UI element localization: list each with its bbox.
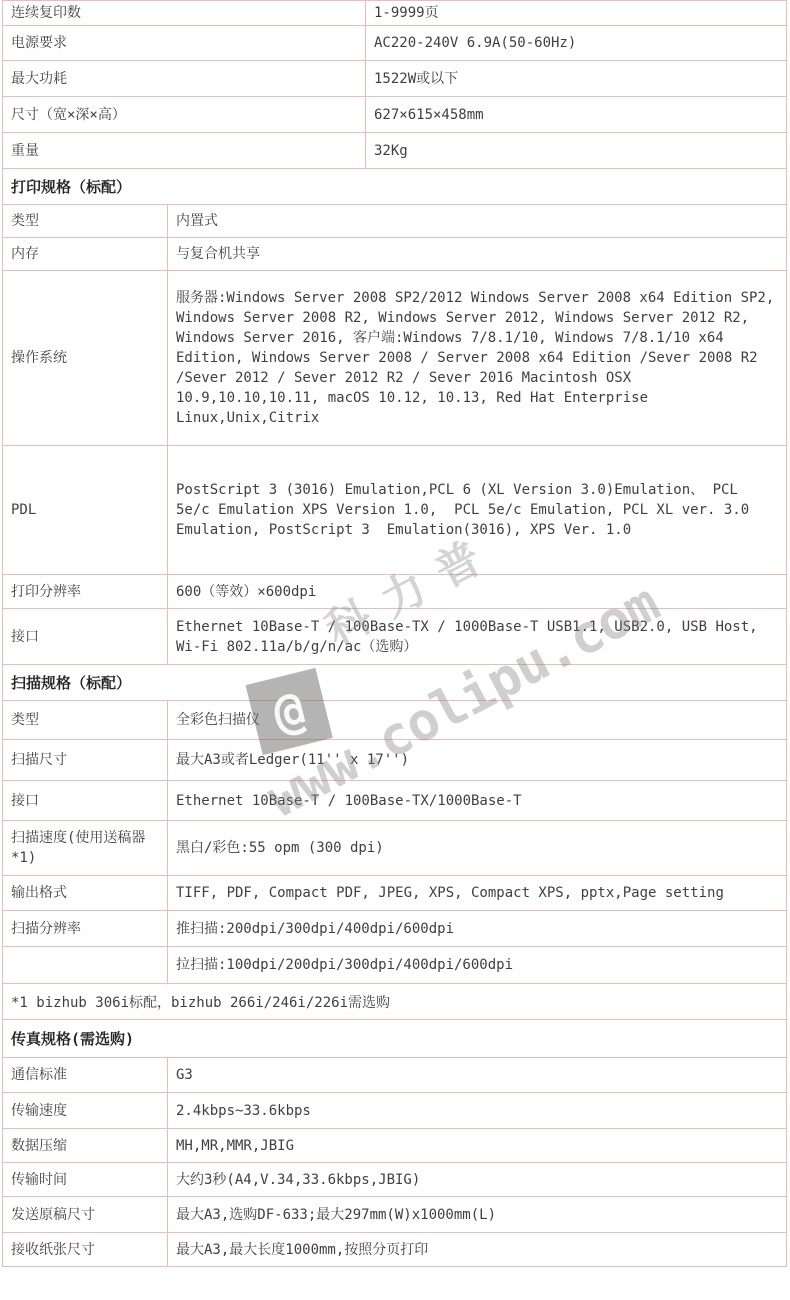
table-row: 内存 与复合机共享 xyxy=(3,238,787,271)
spec-label: 接收纸张尺寸 xyxy=(3,1233,168,1267)
spec-value: 拉扫描:100dpi/200dpi/300dpi/400dpi/600dpi xyxy=(168,947,787,984)
spec-label: 重量 xyxy=(3,133,366,169)
spec-label: 类型 xyxy=(3,205,168,238)
spec-label: 数据压缩 xyxy=(3,1129,168,1163)
general-spec-table: 连续复印数 1-9999页 电源要求 AC220-240V 6.9A(50-60… xyxy=(2,0,787,169)
table-row: 输出格式 TIFF, PDF, Compact PDF, JPEG, XPS, … xyxy=(3,876,787,911)
table-row: 尺寸（宽×深×高） 627×615×458mm xyxy=(3,97,787,133)
spec-value: 2.4kbps~33.6kbps xyxy=(168,1093,787,1129)
fax-section-title: 传真规格(需选购) xyxy=(11,1028,134,1049)
table-row: 接口 Ethernet 10Base-T / 100Base-TX/1000Ba… xyxy=(3,781,787,821)
table-row: 通信标准 G3 xyxy=(3,1058,787,1093)
table-row: 类型 全彩色扫描仪 xyxy=(3,701,787,740)
table-row: 操作系统 服务器:Windows Server 2008 SP2/2012 Wi… xyxy=(3,271,787,446)
footnote-text: *1 bizhub 306i标配，bizhub 266i/246i/226i需选… xyxy=(11,992,390,1012)
spec-value: PostScript 3 (3016) Emulation,PCL 6 (XL … xyxy=(168,446,787,575)
spec-value: 服务器:Windows Server 2008 SP2/2012 Windows… xyxy=(168,271,787,446)
table-row: 拉扫描:100dpi/200dpi/300dpi/400dpi/600dpi xyxy=(3,947,787,984)
scan-spec-table: 类型 全彩色扫描仪 扫描尺寸 最大A3或者Ledger(11'' x 17'')… xyxy=(2,700,787,984)
table-row: 接口 Ethernet 10Base-T / 100Base-TX / 1000… xyxy=(3,609,787,665)
spec-value: 627×615×458mm xyxy=(366,97,787,133)
spec-value: 最大A3,选购DF-633;最大297mm(W)x1000mm(L) xyxy=(168,1197,787,1233)
fax-spec-table: 通信标准 G3 传输速度 2.4kbps~33.6kbps 数据压缩 MH,MR… xyxy=(2,1057,787,1267)
spec-label: 最大功耗 xyxy=(3,61,366,97)
spec-label: 电源要求 xyxy=(3,26,366,61)
spec-sheet: 连续复印数 1-9999页 电源要求 AC220-240V 6.9A(50-60… xyxy=(2,0,787,1267)
scan-section-title: 扫描规格（标配） xyxy=(11,672,131,693)
spec-value: 大约3秒(A4,V.34,33.6kbps,JBIG) xyxy=(168,1163,787,1197)
table-row: 发送原稿尺寸 最大A3,选购DF-633;最大297mm(W)x1000mm(L… xyxy=(3,1197,787,1233)
spec-value: AC220-240V 6.9A(50-60Hz) xyxy=(366,26,787,61)
spec-label: 连续复印数 xyxy=(3,1,366,26)
spec-label: 操作系统 xyxy=(3,271,168,446)
table-row: 扫描尺寸 最大A3或者Ledger(11'' x 17'') xyxy=(3,740,787,781)
table-row: 数据压缩 MH,MR,MMR,JBIG xyxy=(3,1129,787,1163)
spec-value: 黑白/彩色:55 opm (300 dpi) xyxy=(168,821,787,876)
spec-label xyxy=(3,947,168,984)
table-row: 电源要求 AC220-240V 6.9A(50-60Hz) xyxy=(3,26,787,61)
fax-section-header: 传真规格(需选购) xyxy=(2,1019,787,1058)
table-row: 连续复印数 1-9999页 xyxy=(3,1,787,26)
spec-label: 打印分辨率 xyxy=(3,575,168,609)
print-spec-table: 类型 内置式 内存 与复合机共享 操作系统 服务器:Windows Server… xyxy=(2,204,787,665)
spec-label: 扫描尺寸 xyxy=(3,740,168,781)
spec-value: MH,MR,MMR,JBIG xyxy=(168,1129,787,1163)
spec-value: 1-9999页 xyxy=(366,1,787,26)
table-row: 传输速度 2.4kbps~33.6kbps xyxy=(3,1093,787,1129)
spec-label: 接口 xyxy=(3,781,168,821)
spec-label: 传输时间 xyxy=(3,1163,168,1197)
table-row: 扫描速度(使用送稿器*1) 黑白/彩色:55 opm (300 dpi) xyxy=(3,821,787,876)
table-row: 最大功耗 1522W或以下 xyxy=(3,61,787,97)
spec-value: 600（等效）×600dpi xyxy=(168,575,787,609)
print-section-title: 打印规格（标配） xyxy=(11,176,131,197)
spec-label: 传输速度 xyxy=(3,1093,168,1129)
spec-label: 接口 xyxy=(3,609,168,665)
print-section-header: 打印规格（标配） xyxy=(2,168,787,205)
spec-label: 尺寸（宽×深×高） xyxy=(3,97,366,133)
spec-label: 类型 xyxy=(3,701,168,740)
spec-label: 通信标准 xyxy=(3,1058,168,1093)
spec-label: 内存 xyxy=(3,238,168,271)
spec-value: 最大A3,最大长度1000mm,按照分页打印 xyxy=(168,1233,787,1267)
spec-label: 扫描分辨率 xyxy=(3,911,168,947)
spec-value: TIFF, PDF, Compact PDF, JPEG, XPS, Compa… xyxy=(168,876,787,911)
table-row: 类型 内置式 xyxy=(3,205,787,238)
spec-value: 最大A3或者Ledger(11'' x 17'') xyxy=(168,740,787,781)
table-row: 接收纸张尺寸 最大A3,最大长度1000mm,按照分页打印 xyxy=(3,1233,787,1267)
table-row: PDL PostScript 3 (3016) Emulation,PCL 6 … xyxy=(3,446,787,575)
table-row: 传输时间 大约3秒(A4,V.34,33.6kbps,JBIG) xyxy=(3,1163,787,1197)
footnote-row: *1 bizhub 306i标配，bizhub 266i/246i/226i需选… xyxy=(2,983,787,1020)
spec-label: 扫描速度(使用送稿器*1) xyxy=(3,821,168,876)
table-row: 扫描分辨率 推扫描:200dpi/300dpi/400dpi/600dpi xyxy=(3,911,787,947)
spec-value: 32Kg xyxy=(366,133,787,169)
scan-section-header: 扫描规格（标配） xyxy=(2,664,787,701)
spec-label: 发送原稿尺寸 xyxy=(3,1197,168,1233)
spec-value: 内置式 xyxy=(168,205,787,238)
spec-label: PDL xyxy=(3,446,168,575)
spec-value: 推扫描:200dpi/300dpi/400dpi/600dpi xyxy=(168,911,787,947)
spec-value: G3 xyxy=(168,1058,787,1093)
spec-value: 全彩色扫描仪 xyxy=(168,701,787,740)
spec-value: Ethernet 10Base-T / 100Base-TX / 1000Bas… xyxy=(168,609,787,665)
table-row: 打印分辨率 600（等效）×600dpi xyxy=(3,575,787,609)
spec-value: 1522W或以下 xyxy=(366,61,787,97)
spec-value: 与复合机共享 xyxy=(168,238,787,271)
table-row: 重量 32Kg xyxy=(3,133,787,169)
spec-label: 输出格式 xyxy=(3,876,168,911)
spec-value: Ethernet 10Base-T / 100Base-TX/1000Base-… xyxy=(168,781,787,821)
